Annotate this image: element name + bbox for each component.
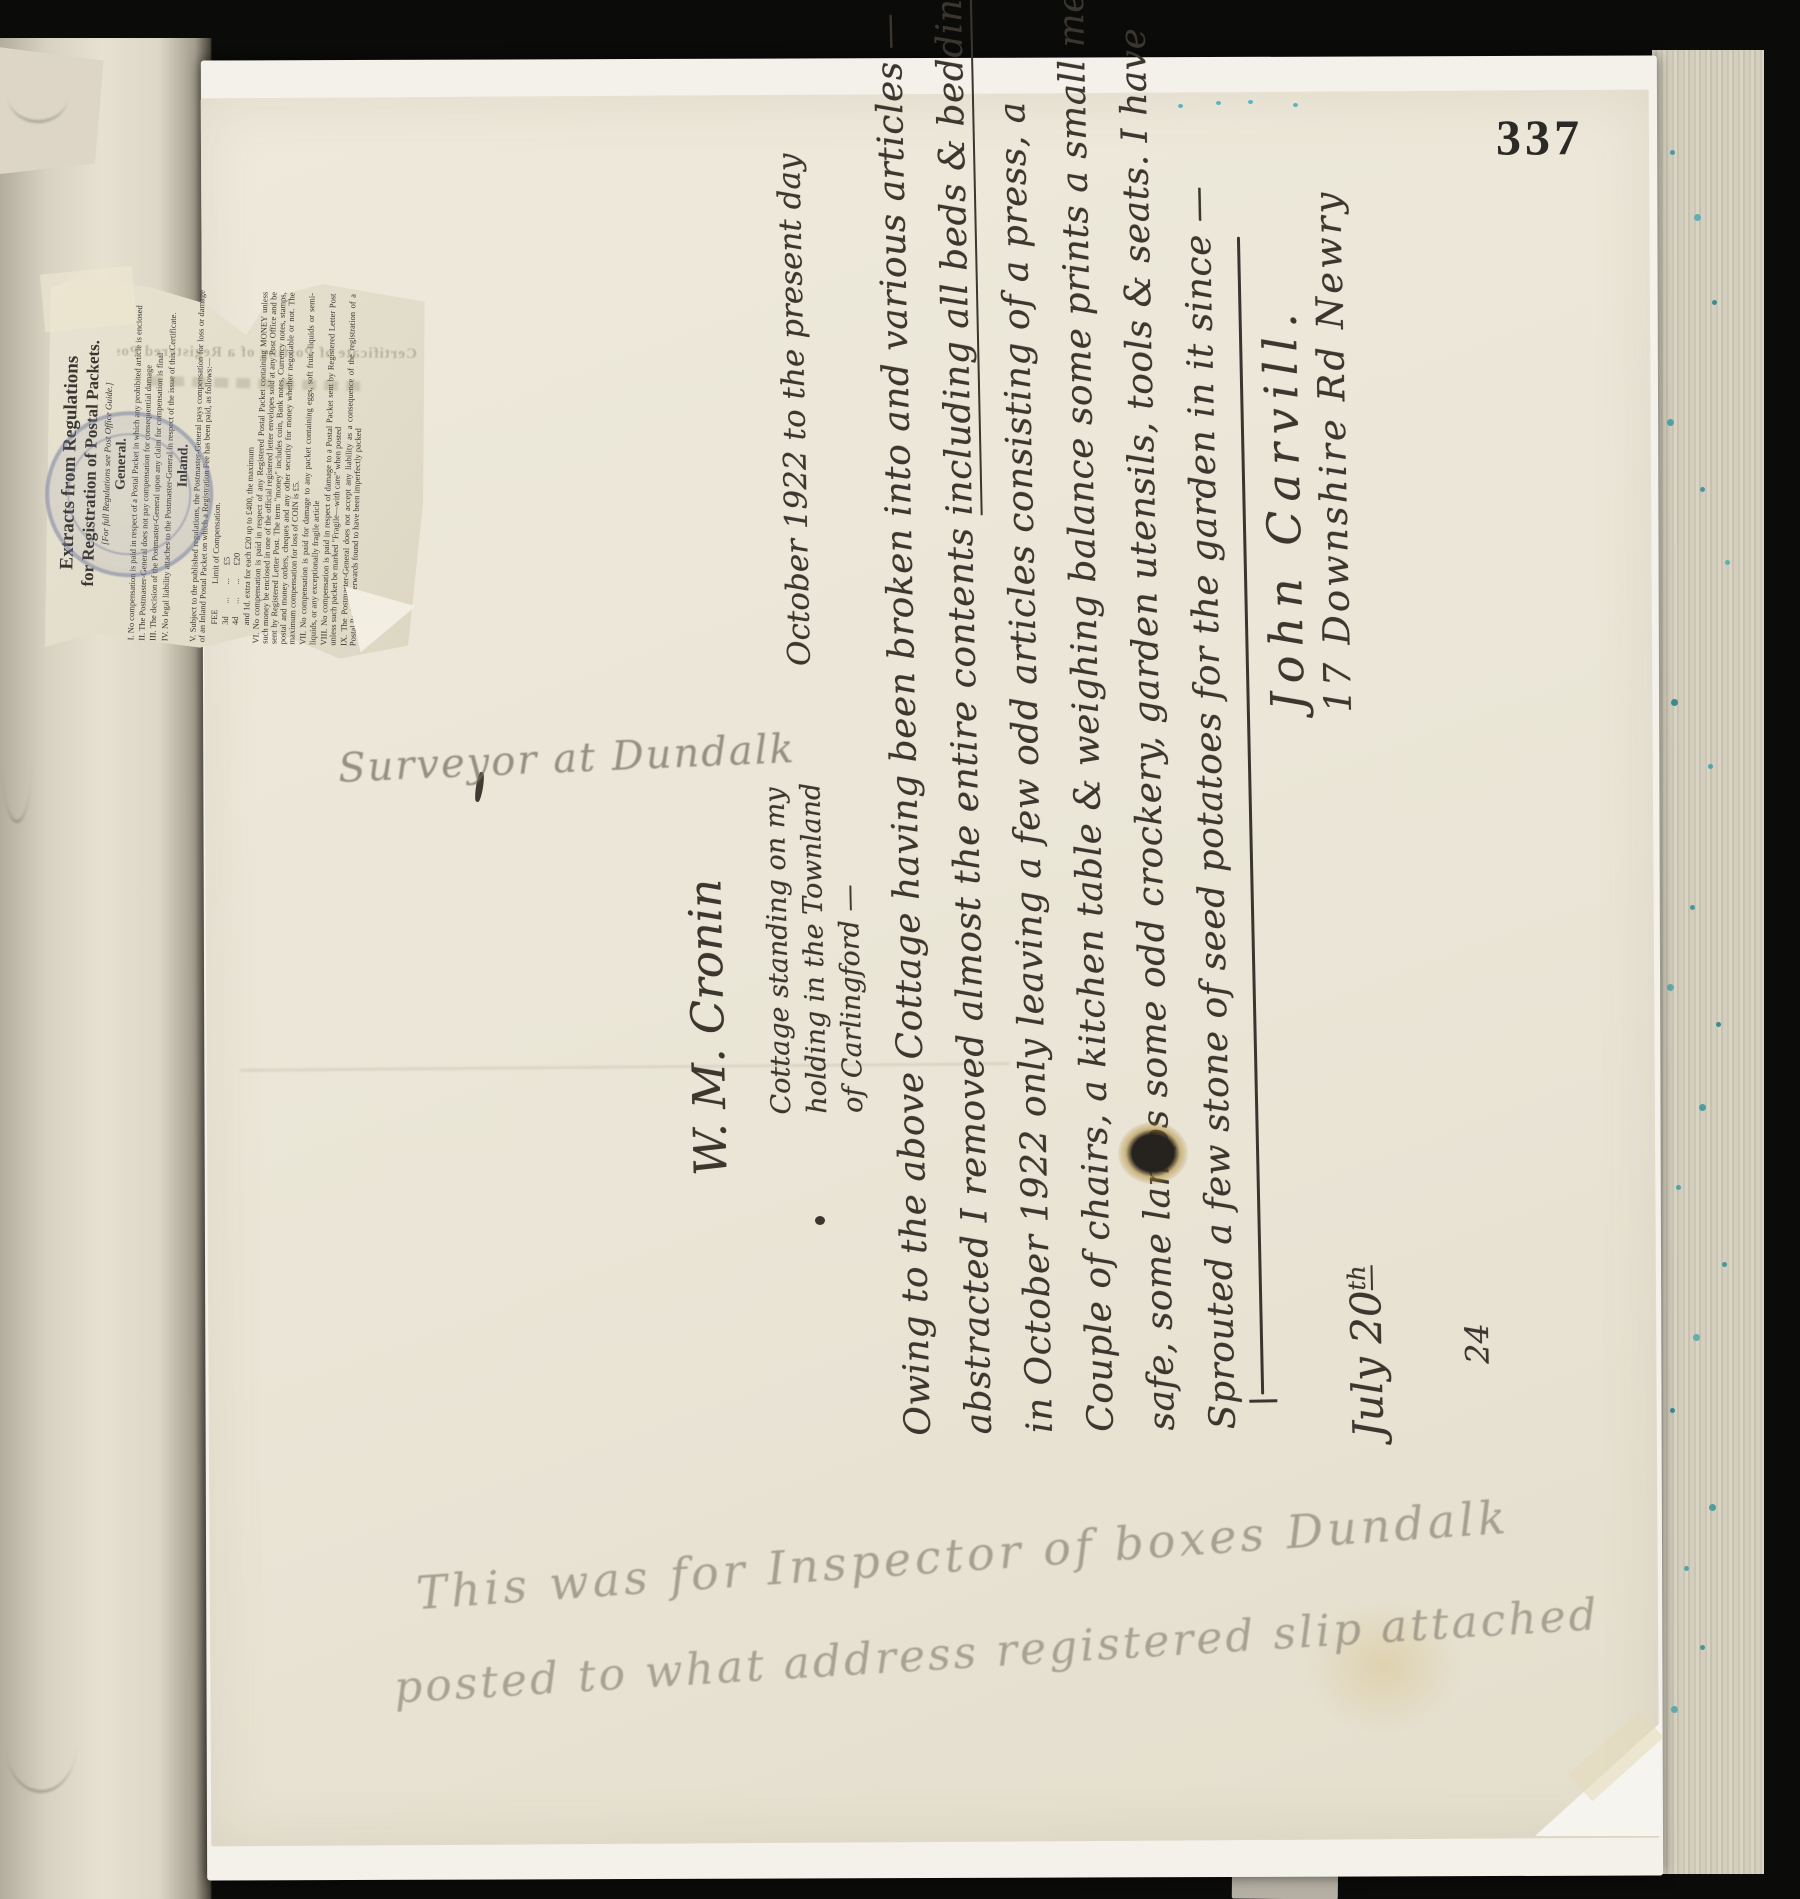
letter-body-line: safe, some lamps some odd crockery, gard… (1113, 27, 1183, 1431)
page-number: 337 (1496, 108, 1583, 166)
docket-number: 24 (1458, 1323, 1497, 1365)
ink-blot (1118, 1122, 1188, 1184)
letter-content: W. M. Cronin Cottage standing on my hold… (652, 161, 1529, 1469)
letter-body-line: Owing to the above Cottage having been b… (868, 13, 939, 1437)
docket-date-suffix: th (1342, 1265, 1373, 1291)
letter-heading-line: of Carlingford — (833, 884, 869, 1113)
clipping-item: VI. No compensation is paid in respect o… (251, 284, 306, 653)
letter-body-line: in October 1922 only leaving a few odd a… (992, 101, 1061, 1433)
letter-signature: John Carvill. (1252, 304, 1314, 711)
regulations-clipping: Extracts from Regulations for Registrati… (41, 273, 429, 661)
book-fore-edge (1652, 50, 1764, 1874)
ink-speckle (1178, 104, 1183, 108)
letter-body-line: abstracted I removed almost the entire c… (928, 0, 1000, 1435)
ink-speckle (1216, 101, 1221, 105)
edge-scribble-mark (2, 700, 32, 823)
archive-book-photo: 337 W. M. Cronin Cottage standing on my … (0, 0, 1800, 1899)
edge-scribble-mark (8, 70, 68, 123)
clipping-bleedthrough-text: Certificate of Posting of a Registered P… (117, 343, 417, 372)
ink-speckle (1248, 100, 1253, 104)
stray-ink-dot (815, 1216, 825, 1225)
letter-docket-date: July 20th (1340, 1265, 1393, 1439)
postmark-stamp-inner-ring (66, 432, 193, 557)
letter-date-line: October 1922 to the present day (771, 153, 818, 666)
clipping-tape (40, 266, 137, 333)
letter-body-text: abstracted I removed almost the entire c… (940, 515, 1000, 1435)
letter-heading-line: Cottage standing on my (759, 787, 797, 1115)
edge-scribble-mark (6, 1700, 76, 1793)
letter-heading-line: holding in the Townland (795, 783, 833, 1115)
letter-body-line: Couple of chairs, a kitchen table & weig… (1050, 0, 1122, 1432)
letter-body-line: Sprouted a few stone of seed potatoes fo… (1177, 185, 1244, 1429)
letter-signature-address: 17 Downshire Rd Newry (1306, 189, 1360, 713)
handwritten-letter: W. M. Cronin Cottage standing on my hold… (665, 170, 1515, 1460)
ink-speckle (1293, 103, 1298, 107)
docket-date-text: July 20 (1341, 1290, 1393, 1439)
fore-edge-speckles (0, 0, 5, 5)
letter-addressee: W. M. Cronin (678, 878, 737, 1176)
signature-rule-tick (1249, 1399, 1277, 1403)
